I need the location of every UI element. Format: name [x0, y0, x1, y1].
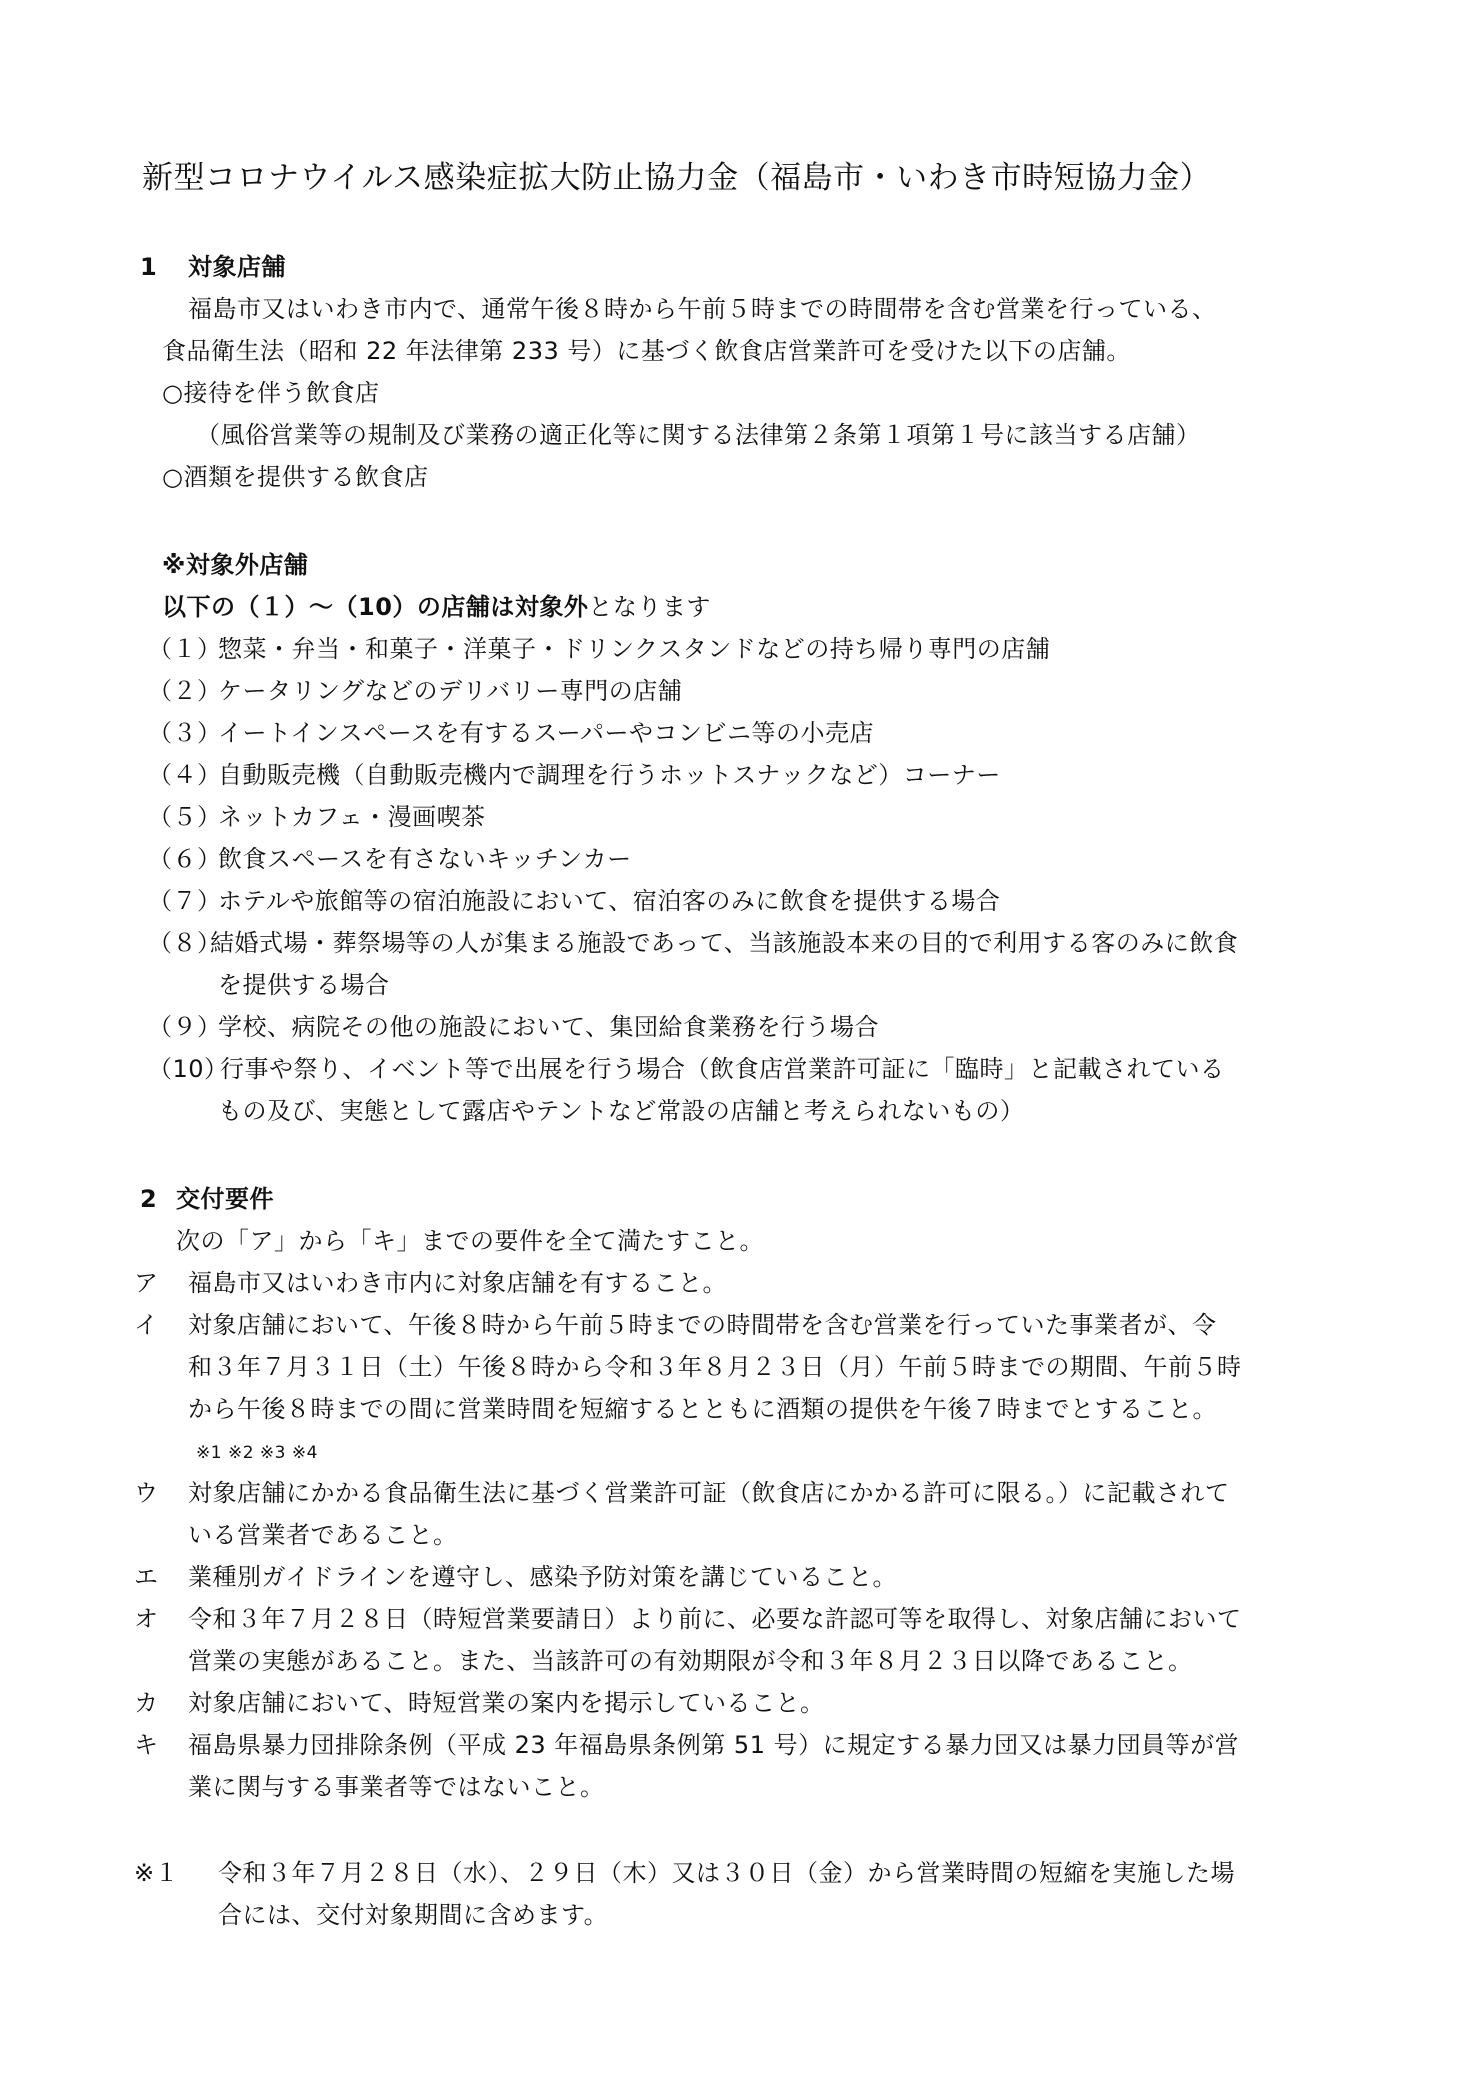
- requirement-label: キ: [134, 1730, 188, 1760]
- excluded-item-text: ネットカフェ・漫画喫茶: [218, 803, 486, 831]
- excluded-item-label: （４）: [148, 760, 218, 790]
- requirement-label: ウ: [134, 1478, 188, 1508]
- excluded-item-label: （８）: [148, 928, 210, 958]
- excluded-intro-rest: となります: [588, 593, 711, 621]
- excluded-item-text: イートインスペースを有するスーパーやコンビニ等の小売店: [218, 719, 874, 747]
- excluded-item: （８）結婚式場・葬祭場等の人が集まる施設であって、当該施設本来の目的で利用する客…: [148, 928, 1238, 958]
- requirement-label: ア: [134, 1268, 188, 1298]
- requirement-label: エ: [134, 1562, 188, 1592]
- requirement-continuation: から午後８時までの間に営業時間を短縮するとともに酒類の提供を午後７時までとするこ…: [188, 1394, 1217, 1424]
- excluded-item-label: （９）: [148, 1012, 218, 1042]
- excluded-intro-bold: 以下の（１）～（10）の店舗は対象外: [162, 593, 588, 621]
- excluded-item: （７）ホテルや旅館等の宿泊施設において、宿泊客のみに飲食を提供する場合: [148, 886, 1000, 916]
- excluded-item-label: （６）: [148, 844, 218, 874]
- excluded-item: （10）行事や祭り、イベント等で出展を行う場合（飲食店営業許可証に「臨時」と記載…: [148, 1054, 1225, 1084]
- requirement-continuation: 営業の実態があること。また、当該許可の有効期限が令和３年８月２３日以降であること…: [188, 1646, 1193, 1676]
- requirement-text: 対象店舗において、時短営業の案内を掲示していること。: [188, 1689, 825, 1717]
- document-title: 新型コロナウイルス感染症拡大防止協力金（福島市・いわき市時短協力金）: [142, 158, 1211, 198]
- excluded-item-label: （２）: [148, 676, 218, 706]
- target-item-entertainment-note: （風俗営業等の規制及び業務の適正化等に関する法律第２条第１項第１号に該当する店舗…: [196, 420, 1201, 450]
- excluded-item: （２）ケータリングなどのデリバリー専門の店舗: [148, 676, 682, 706]
- requirement-label: イ: [134, 1310, 188, 1340]
- footnote-text: 令和３年７月２８日（水）、２９日（木）又は３０日（金）から営業時間の短縮を実施し…: [218, 1859, 1235, 1887]
- requirement-item: オ令和３年７月２８日（時短営業要請日）より前に、必要な許認可等を取得し、対象店舗…: [134, 1604, 1242, 1634]
- excluded-item-text: 結婚式場・葬祭場等の人が集まる施設であって、当該施設本来の目的で利用する客のみに…: [210, 929, 1238, 957]
- requirement-footnote-refs: ※1 ※2 ※3 ※4: [196, 1442, 318, 1464]
- requirement-item: ア福島市又はいわき市内に対象店舗を有すること。: [134, 1268, 727, 1298]
- section1-intro-line1: 福島市又はいわき市内で、通常午後８時から午前５時までの時間帯を含む営業を行ってい…: [188, 294, 1217, 324]
- excluded-item-continuation: を提供する場合: [218, 970, 390, 1000]
- requirement-item: キ福島県暴力団排除条例（平成 23 年福島県条例第 51 号）に規定する暴力団又…: [134, 1730, 1239, 1760]
- requirement-text: 福島市又はいわき市内に対象店舗を有すること。: [188, 1269, 727, 1297]
- excluded-item-label: （１）: [148, 634, 218, 664]
- section1-heading: 1対象店舗: [140, 252, 286, 282]
- excluded-item: （９）学校、病院その他の施設において、集団給食業務を行う場合: [148, 1012, 879, 1042]
- excluded-item-continuation: もの及び、実態として露店やテントなど常設の店舗と考えられないもの）: [218, 1096, 1024, 1126]
- footnote-item: ※１令和３年７月２８日（水）、２９日（木）又は３０日（金）から営業時間の短縮を実…: [134, 1858, 1235, 1888]
- requirement-text: 福島県暴力団排除条例（平成 23 年福島県条例第 51 号）に規定する暴力団又は…: [188, 1731, 1239, 1759]
- requirement-continuation: 業に関与する事業者等ではないこと。: [188, 1772, 605, 1802]
- excluded-item: （４）自動販売機（自動販売機内で調理を行うホットスナックなど）コーナー: [148, 760, 1001, 790]
- excluded-item-label: （５）: [148, 802, 218, 832]
- excluded-item-text: 自動販売機（自動販売機内で調理を行うホットスナックなど）コーナー: [218, 761, 1001, 789]
- excluded-item-text: ホテルや旅館等の宿泊施設において、宿泊客のみに飲食を提供する場合: [218, 887, 1000, 915]
- excluded-item-label: （３）: [148, 718, 218, 748]
- requirement-item: エ業種別ガイドラインを遵守し、感染予防対策を講じていること。: [134, 1562, 897, 1592]
- excluded-item: （３）イートインスペースを有するスーパーやコンビニ等の小売店: [148, 718, 874, 748]
- requirement-text: 対象店舗にかかる食品衛生法に基づく営業許可証（飲食店にかかる許可に限る。）に記載…: [188, 1479, 1230, 1507]
- requirement-text: 対象店舗において、午後８時から午前５時までの時間帯を含む営業を行っていた事業者が…: [188, 1311, 1217, 1339]
- excluded-item-text: 学校、病院その他の施設において、集団給食業務を行う場合: [218, 1013, 879, 1041]
- footnote-continuation: 合には、交付対象期間に含めます。: [218, 1900, 608, 1930]
- document-page: 新型コロナウイルス感染症拡大防止協力金（福島市・いわき市時短協力金） 1対象店舗…: [0, 0, 1479, 2089]
- requirement-continuation: 和３年７月３１日（土）午後８時から令和３年８月２３日（月）午前５時までの期間、午…: [188, 1352, 1242, 1382]
- requirement-label: オ: [134, 1604, 188, 1634]
- footnote-label: ※１: [134, 1858, 218, 1888]
- section1-title: 対象店舗: [188, 253, 286, 281]
- section1-number: 1: [140, 252, 188, 282]
- requirement-label: カ: [134, 1688, 188, 1718]
- excluded-intro: 以下の（１）～（10）の店舗は対象外となります: [162, 592, 711, 622]
- excluded-item-text: 行事や祭り、イベント等で出展を行う場合（飲食店営業許可証に「臨時」と記載されてい…: [220, 1055, 1225, 1083]
- target-item-entertainment: ○接待を伴う飲食店: [162, 378, 379, 408]
- excluded-item: （１）惣菜・弁当・和菓子・洋菓子・ドリンクスタンドなどの持ち帰り専門の店舗: [148, 634, 1050, 664]
- excluded-item: （６）飲食スペースを有さないキッチンカー: [148, 844, 632, 874]
- section1-intro-line2: 食品衛生法（昭和 22 年法律第 233 号）に基づく飲食店営業許可を受けた以下…: [162, 336, 1131, 366]
- excluded-item-text: 飲食スペースを有さないキッチンカー: [218, 845, 632, 873]
- section2-number: 2: [140, 1184, 176, 1214]
- requirement-item: イ対象店舗において、午後８時から午前５時までの時間帯を含む営業を行っていた事業者…: [134, 1310, 1217, 1340]
- excluded-item-text: 惣菜・弁当・和菓子・洋菓子・ドリンクスタンドなどの持ち帰り専門の店舗: [218, 635, 1050, 663]
- excluded-item-text: ケータリングなどのデリバリー専門の店舗: [218, 677, 682, 705]
- requirement-item: ウ対象店舗にかかる食品衛生法に基づく営業許可証（飲食店にかかる許可に限る。）に記…: [134, 1478, 1230, 1508]
- requirement-continuation: いる営業者であること。: [188, 1520, 458, 1550]
- section2-heading: 2交付要件: [140, 1184, 274, 1214]
- excluded-item: （５）ネットカフェ・漫画喫茶: [148, 802, 486, 832]
- requirement-item: カ対象店舗において、時短営業の案内を掲示していること。: [134, 1688, 825, 1718]
- excluded-item-label: （７）: [148, 886, 218, 916]
- requirement-text: 令和３年７月２８日（時短営業要請日）より前に、必要な許認可等を取得し、対象店舗に…: [188, 1605, 1242, 1633]
- excluded-heading: ※対象外店舗: [162, 550, 308, 580]
- excluded-item-label: （10）: [148, 1054, 220, 1084]
- requirement-text: 業種別ガイドラインを遵守し、感染予防対策を講じていること。: [188, 1563, 897, 1591]
- target-item-alcohol: ○酒類を提供する飲食店: [162, 462, 428, 492]
- section2-intro: 次の「ア」から「キ」までの要件を全て満たすこと。: [176, 1226, 764, 1256]
- section2-title: 交付要件: [176, 1185, 274, 1213]
